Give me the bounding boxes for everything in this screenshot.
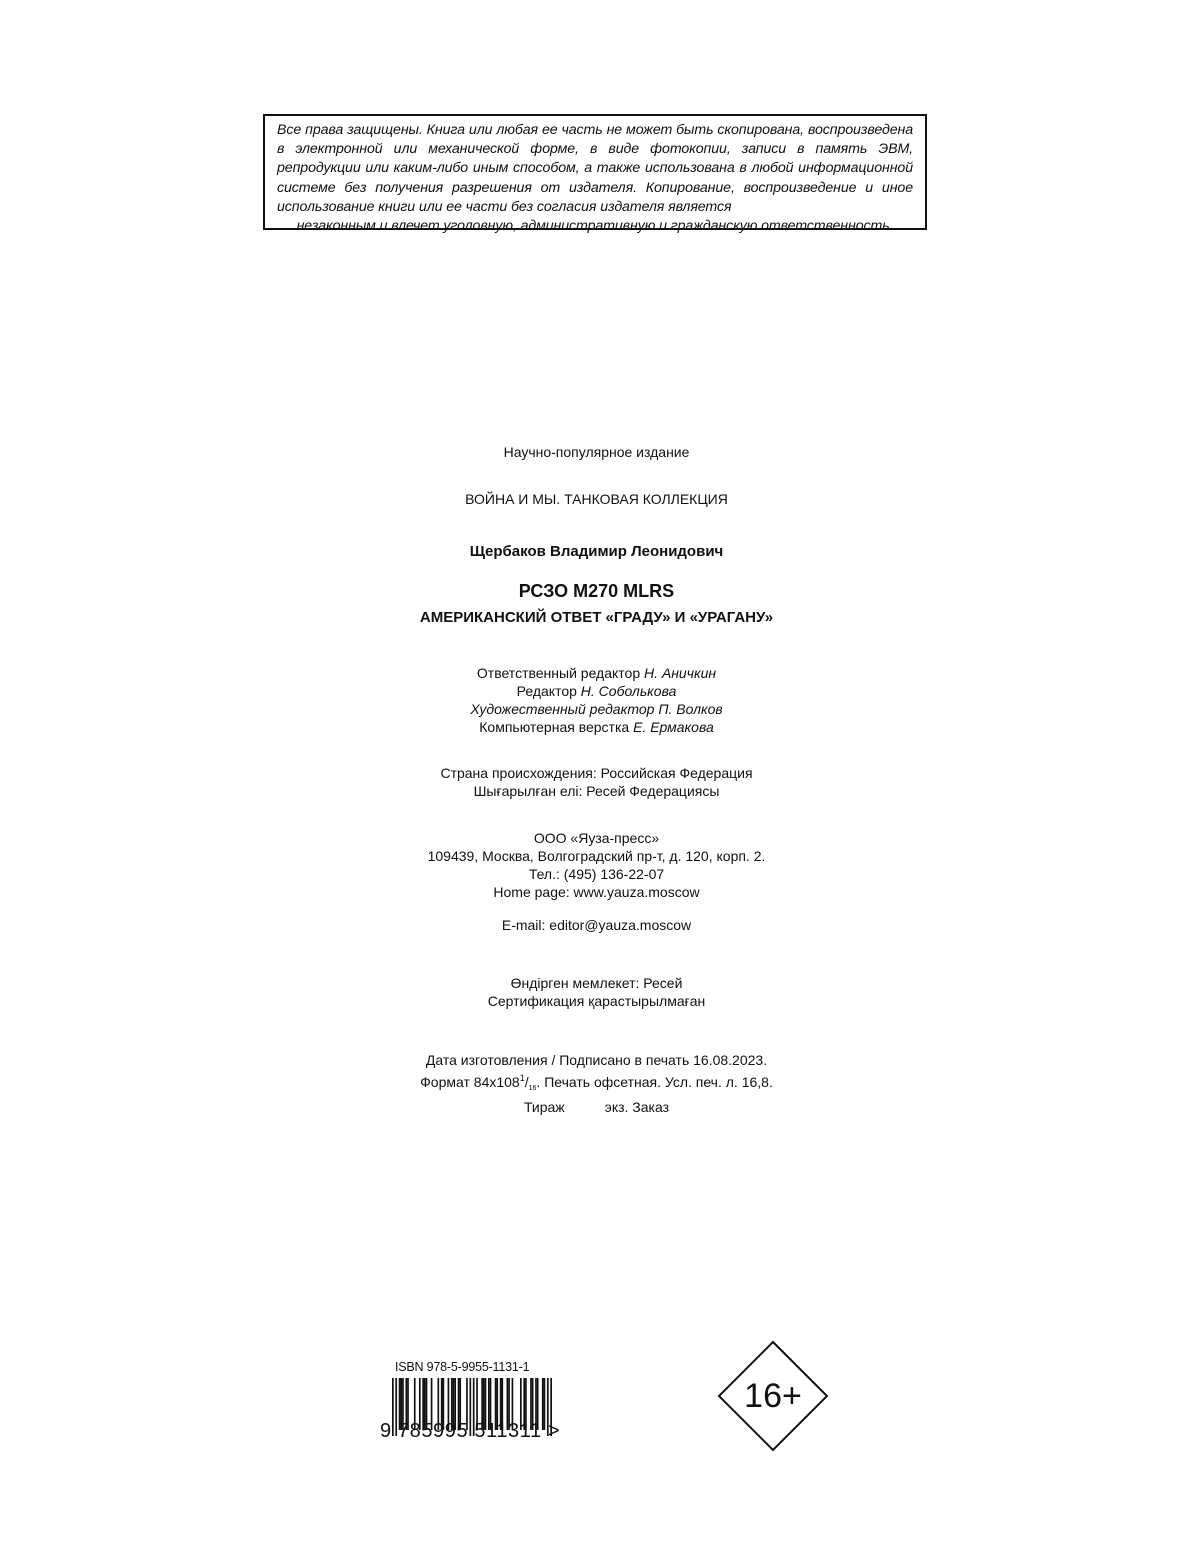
format-prefix: Формат 84х108	[420, 1074, 520, 1090]
kazakh-line: Өндірген мемлекет: Ресей	[0, 974, 1193, 992]
age-rating-label: 16+	[717, 1340, 829, 1452]
author-name: Щербаков Владимир Леонидович	[0, 543, 1193, 561]
isbn-barcode-block: ISBN 978-5-9955-1131-1 9 785995 511311 >	[380, 1360, 570, 1455]
run-suffix: экз. Заказ	[605, 1099, 669, 1115]
publication-genre: Научно-популярное издание	[0, 443, 1193, 461]
format-suffix: . Печать офсетная. Усл. печ. л. 16,8.	[536, 1074, 772, 1090]
print-run: Тиражэкз. Заказ	[0, 1098, 1193, 1116]
publisher-phone: Тел.: (495) 136-22-07	[0, 865, 1193, 883]
credit-role: Компьютерная верстка	[479, 719, 629, 735]
publisher-name: ООО «Яуза-пресс»	[0, 829, 1193, 847]
publisher-info: ООО «Яуза-пресс» 109439, Москва, Волгогр…	[0, 829, 1193, 901]
country-of-origin: Страна происхождения: Российская Федерац…	[0, 764, 1193, 800]
editorial-credits: Ответственный редактор Н. Аничкин Редакт…	[0, 664, 1193, 736]
copyright-line: незаконным и влечет уголовную, администр…	[277, 217, 913, 236]
publisher-address: 109439, Москва, Волгоградский пр-т, д. 1…	[0, 847, 1193, 865]
credit-role: Художественный редактор	[470, 701, 654, 717]
credit-line: Компьютерная верстка Е. Ермакова	[0, 718, 1193, 736]
origin-line: Страна происхождения: Российская Федерац…	[0, 764, 1193, 782]
credit-line: Художественный редактор П. Волков	[0, 700, 1193, 718]
print-format: Формат 84х1081/16. Печать офсетная. Усл.…	[0, 1069, 1193, 1098]
copyright-line: Все права защищены. Книга или любая ее ч…	[277, 122, 804, 138]
book-title: РСЗО M270 MLRS	[0, 580, 1193, 602]
publisher-homepage: Home page: www.yauza.moscow	[0, 883, 1193, 901]
print-info: Дата изготовления / Подписано в печать 1…	[0, 1051, 1193, 1116]
kazakh-line: Сертификация қарастырылмаған	[0, 992, 1193, 1010]
book-subtitle: АМЕРИКАНСКИЙ ОТВЕТ «ГРАДУ» И «УРАГАНУ»	[0, 609, 1193, 627]
credit-role: Редактор	[517, 683, 577, 699]
series-title: ВОЙНА И МЫ. ТАНКОВАЯ КОЛЛЕКЦИЯ	[0, 490, 1193, 508]
age-rating-badge: 16+	[717, 1340, 829, 1452]
credit-name: Е. Ермакова	[633, 719, 714, 735]
credit-line: Ответственный редактор Н. Аничкин	[0, 664, 1193, 682]
copyright-notice: Все права защищены. Книга или любая ее ч…	[263, 114, 927, 230]
run-label: Тираж	[524, 1099, 565, 1115]
credit-name: Н. Соболькова	[581, 683, 677, 699]
barcode-digits: 9 785995 511311 >	[380, 1420, 560, 1443]
kazakh-info: Өндірген мемлекет: Ресей Сертификация қа…	[0, 974, 1193, 1010]
credit-name: П. Волков	[658, 701, 722, 717]
publisher-email: E-mail: editor@yauza.moscow	[0, 916, 1193, 934]
origin-line: Шығарылған елі: Ресей Федерациясы	[0, 782, 1193, 800]
credit-role: Ответственный редактор	[477, 665, 640, 681]
print-date: Дата изготовления / Подписано в печать 1…	[0, 1051, 1193, 1069]
isbn-label: ISBN 978-5-9955-1131-1	[395, 1360, 529, 1374]
credit-name: Н. Аничкин	[644, 665, 716, 681]
credit-line: Редактор Н. Соболькова	[0, 682, 1193, 700]
